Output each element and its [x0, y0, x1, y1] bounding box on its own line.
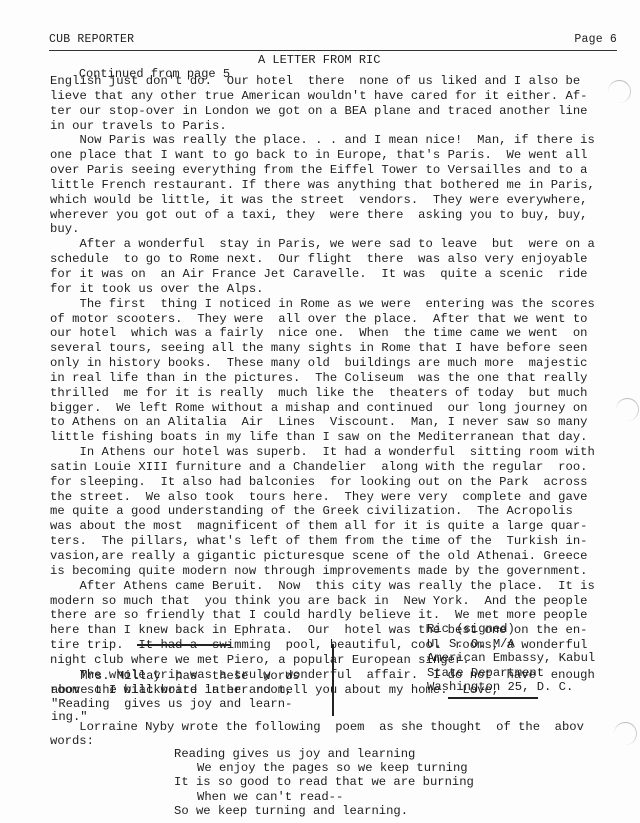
article-title: A LETTER FROM RIC: [258, 53, 380, 67]
page-header: CUB REPORTER Page 6: [49, 32, 617, 51]
letter-line: satin Louie XIII furniture and a Chandel…: [50, 460, 620, 475]
letter-line: Now Paris was really the place. . . and …: [50, 133, 620, 148]
letter-line: only in history books. These many old bu…: [50, 356, 620, 371]
letter-line: The first thing I noticed in Rome as we …: [50, 297, 620, 312]
letter-line: little fishing boats in my life than I s…: [50, 430, 620, 445]
letter-line: several tours, seeing all the many sight…: [50, 341, 620, 356]
letter-line: bigger. We left Rome without a mishap an…: [50, 401, 620, 416]
letter-line: English just don't do. Our hotel there n…: [50, 74, 620, 89]
signature-line: Ric (signed): [427, 622, 595, 637]
page-number: Page 6: [574, 33, 617, 46]
divider-rule-left: [137, 644, 230, 646]
intro-line: words:: [50, 734, 620, 748]
letter-line: lieve that any other true American would…: [50, 89, 620, 104]
page-curl-mark: [616, 398, 639, 421]
letter-body: English just don't do. Our hotel there n…: [50, 74, 620, 697]
letter-line: in real life than in the pictures. The C…: [50, 371, 620, 386]
signature-line: Washington 25, D. C.: [427, 680, 595, 695]
signature-block: Ric (signed)U. S. O. M/AAmerican Embassy…: [427, 622, 595, 695]
letter-line: vasion,are really a gigantic picturesque…: [50, 549, 620, 564]
letter-line: me quite a good understanding of the Gre…: [50, 504, 620, 519]
poem-line: It is so good to read that we are burnin…: [174, 775, 474, 789]
note-line: "Reading gives us joy and learn-: [51, 698, 321, 712]
intro-line: Lorraine Nyby wrote the following poem a…: [50, 720, 620, 734]
page-curl-mark: [614, 722, 637, 745]
note-line: Mrs. Millay has these words: [51, 670, 321, 684]
letter-line: schedule to go to Rome next. Our flight …: [50, 252, 620, 267]
letter-line: for it took us over the Alps.: [50, 282, 620, 297]
page-curl-mark: [608, 80, 631, 103]
letter-line: ters. The pillars, what's left of them f…: [50, 534, 620, 549]
divider-rule-right: [448, 697, 538, 699]
note-line: above the blackboard in her room,: [51, 684, 321, 698]
letter-line: is becoming quite modern now through imp…: [50, 564, 620, 579]
poem-line: We enjoy the pages so we keep turning: [174, 761, 474, 775]
letter-line: ter our stop-over in London we got on a …: [50, 104, 620, 119]
signature-line: American Embassy, Kabul: [427, 651, 595, 666]
letter-line: little French restaurant. If there was a…: [50, 178, 620, 193]
letter-line: our hotel which was a fairly nice one. W…: [50, 326, 620, 341]
letter-line: buy.: [50, 222, 620, 237]
letter-line: for sleeping. It also had balconies for …: [50, 475, 620, 490]
letter-line: After a wonderful stay in Paris, we were…: [50, 237, 620, 252]
letter-line: wherever you got out of a taxi, they wer…: [50, 208, 620, 223]
letter-line: of motor scooters. They were all over th…: [50, 312, 620, 327]
letter-line: After Athens came Beruit. Now this city …: [50, 579, 620, 594]
letter-line: the street. We also took tours here. The…: [50, 490, 620, 505]
letter-line: was about the most magnificent of them a…: [50, 519, 620, 534]
letter-line: In Athens our hotel was superb. It had a…: [50, 445, 620, 460]
poem-line: When we can't read--: [174, 790, 474, 804]
letter-line: modern so much that you think you are ba…: [50, 594, 620, 609]
letter-line: over Paris seeing everything from the Ei…: [50, 163, 620, 178]
poem-intro: Lorraine Nyby wrote the following poem a…: [50, 720, 620, 748]
signature-line: State Department: [427, 666, 595, 681]
letter-line: thrilled me for it is really much like t…: [50, 386, 620, 401]
newsletter-page: CUB REPORTER Page 6 Continued from page …: [0, 0, 640, 823]
letter-line: for it was on an Air France Jet Caravell…: [50, 267, 620, 282]
letter-line: in our travels to Paris.: [50, 119, 620, 134]
poem-line: So we keep turning and learning.: [174, 804, 474, 818]
letter-line: to Athens on an Alitalia Air Lines Visco…: [50, 415, 620, 430]
millay-note: Mrs. Millay has these wordsabove the bla…: [51, 670, 321, 725]
signature-line: U. S. O. M/A: [427, 637, 595, 652]
letter-line: one place that I want to go back to in E…: [50, 148, 620, 163]
letter-line: which would be little, it was the street…: [50, 193, 620, 208]
poem-line: Reading gives us joy and learning: [174, 747, 474, 761]
letter-line: there are so friendly that I could hardl…: [50, 608, 620, 623]
poem: Reading gives us joy and learningWe enjo…: [174, 747, 474, 818]
publication-name: CUB REPORTER: [49, 33, 134, 46]
column-divider: [332, 644, 334, 716]
